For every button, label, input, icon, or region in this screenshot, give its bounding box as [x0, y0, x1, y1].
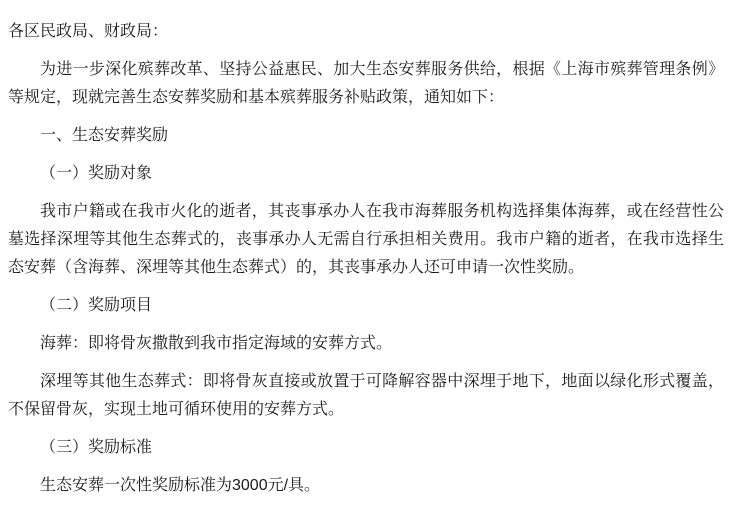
subsection-2-heading: （二）奖励项目 — [8, 292, 724, 320]
intro-paragraph: 为进一步深化殡葬改革、坚持公益惠民、加大生态安葬服务供给，根据《上海市殡葬管理条… — [8, 56, 724, 112]
salutation-line: 各区民政局、财政局： — [8, 18, 724, 46]
reward-standard-paragraph: 生态安葬一次性奖励标准为3000元/具。 — [8, 472, 724, 500]
section-1-heading: 一、生态安葬奖励 — [8, 122, 724, 150]
deep-burial-paragraph: 深埋等其他生态葬式：即将骨灰直接或放置于可降解容器中深埋于地下，地面以绿化形式覆… — [8, 368, 724, 424]
sea-burial-paragraph: 海葬：即将骨灰撒散到我市指定海域的安葬方式。 — [8, 330, 724, 358]
notice-document: 各区民政局、财政局： 为进一步深化殡葬改革、坚持公益惠民、加大生态安葬服务供给，… — [8, 18, 724, 500]
subsection-1-heading: （一）奖励对象 — [8, 160, 724, 188]
reward-target-paragraph: 我市户籍或在我市火化的逝者，其丧事承办人在我市海葬服务机构选择集体海葬，或在经营… — [8, 198, 724, 282]
subsection-3-heading: （三）奖励标准 — [8, 434, 724, 462]
